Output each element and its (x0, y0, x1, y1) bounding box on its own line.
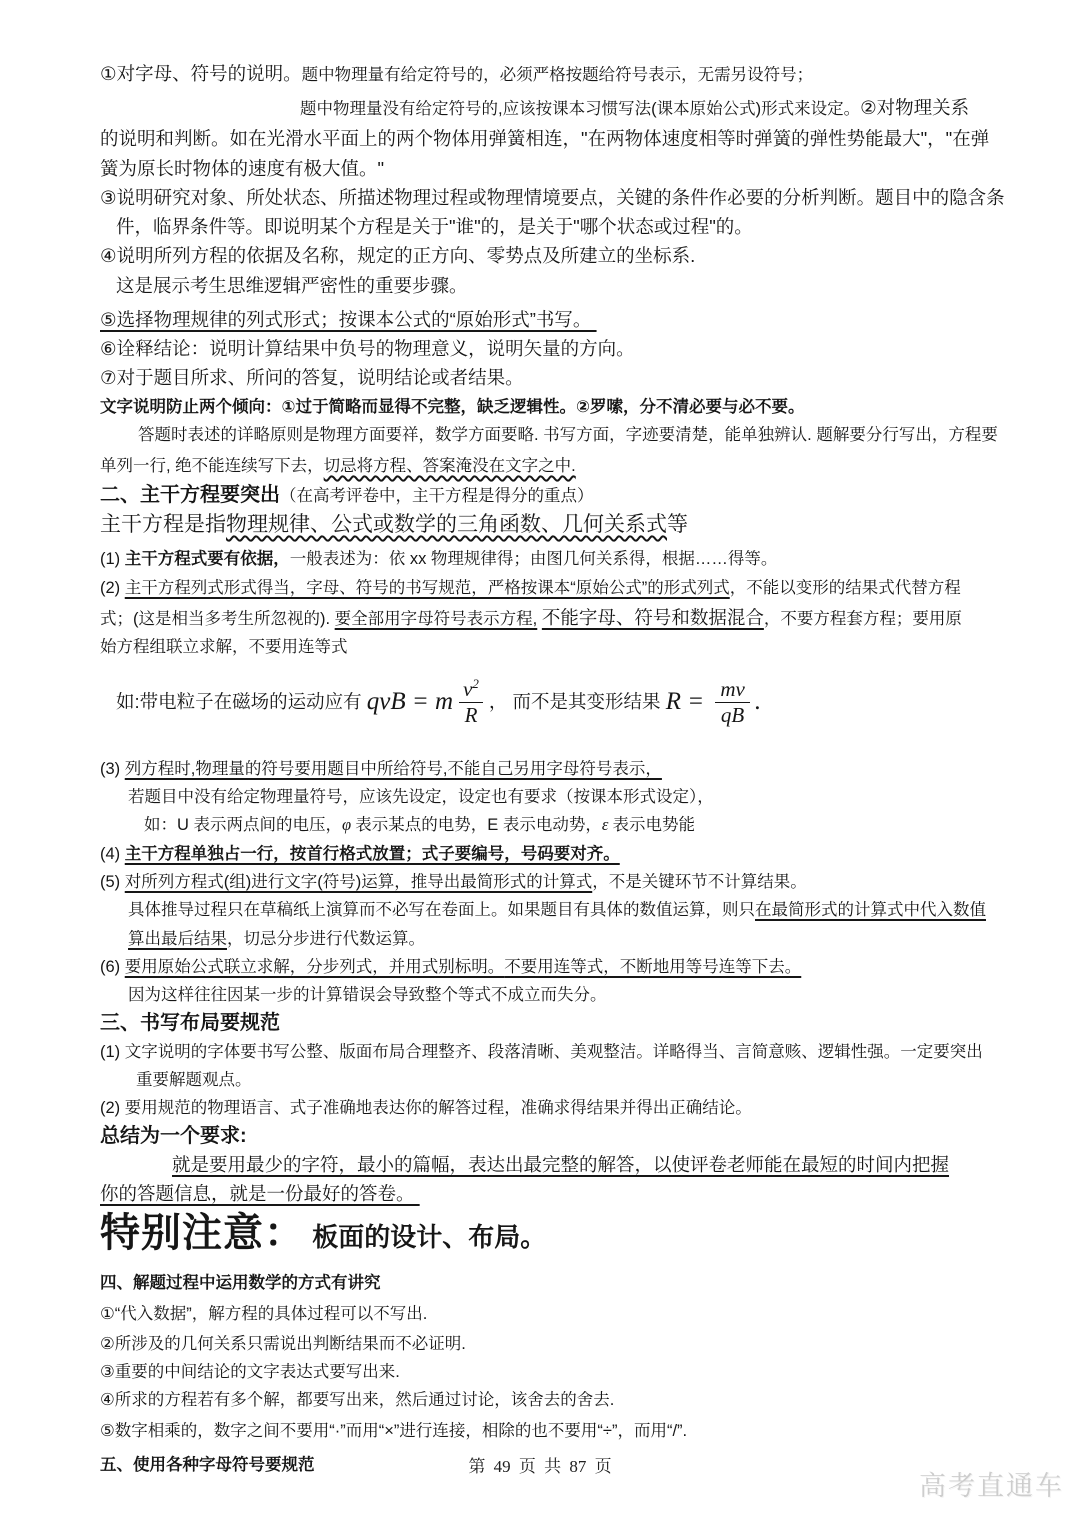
text-run: 一般表述为：依 xx 物理规律得；由图几何关系得，根据……得等。 (290, 550, 778, 568)
text-run: 单列一行, 绝不能连续写下去， (100, 457, 324, 475)
paragraph-line: ④说明所列方程的依据及名称，规定的正方向、零势点及所建立的坐标系. (100, 242, 1010, 271)
section-heading-4: 四、解题过程中运用数学的方式有讲究 (100, 1269, 1010, 1297)
text-run: (3) (100, 760, 125, 778)
text-run: R = (666, 688, 711, 716)
page-number: 第 49 页 共 87 页 (0, 1452, 1080, 1477)
text-run: (2) (100, 1099, 125, 1117)
paragraph-line: 主干方程是指物理规律、公式或数学的三角函数、几何关系式等 (100, 510, 1010, 540)
paragraph-line: ③说明研究对象、所处状态、所描述物理过程或物理情境要点，关键的条件作必要的分析判… (100, 184, 1010, 213)
document-page: ①对字母、符号的说明。题中物理量有给定符号的，必须严格按题给符号表示，无需另设符… (0, 0, 1080, 1527)
text-run: 要用规范的物理语言、式子准确地表达你的解答过程，准确求得结果并得出正确结论。 (125, 1099, 752, 1117)
text-run: 表示电势能 (613, 816, 696, 834)
text-run: (1) (100, 550, 125, 568)
text-run: 重要解题观点。 (136, 1071, 252, 1089)
paragraph-line: ⑦对于题目所求、所问的答复，说明结论或者结果。 (100, 364, 1010, 393)
document-body: ①对字母、符号的说明。题中物理量有给定符号的，必须严格按题给符号表示，无需另设符… (100, 55, 1010, 1479)
paragraph-line: ④所求的方程若有多个解，都要写出来，然后通过讨论，该舍去的舍去. (100, 1386, 1010, 1414)
text-run: φ (342, 815, 355, 834)
paragraph-line: 就是要用最少的字符，最小的篇幅，表达出最完整的解答，以使评卷老师能在最短的时间内… (100, 1151, 1010, 1180)
text-run: 特别注意： (100, 1211, 305, 1255)
fraction-numerator: v2 (457, 677, 485, 701)
text-run: qvB = m (367, 688, 453, 716)
paragraph-line: 这是展示考生思维逻辑严密性的重要步骤。 (100, 272, 1010, 301)
text-run: 算出最后结果 (128, 930, 227, 948)
text-run: 若题目中没有给定物理量符号，应该先设定，设定也有要求（按课本形式设定）， (128, 788, 714, 806)
text-run: （在高考评卷中，主干方程是得分的重点） (280, 487, 594, 505)
paragraph-line: (1) 主干方程式要有依据，一般表述为：依 xx 物理规律得；由图几何关系得，根… (100, 545, 1010, 573)
paragraph-line: ③重要的中间结论的文字表达式要写出来. (100, 1358, 1010, 1386)
text-run: 文字说明防止两个倾向：①过于简略而显得不完整，缺乏逻辑性。②罗嗦，分不清必要与必… (100, 398, 804, 416)
text-run: 答题时表述的详略原则是物理方面要祥，数学方面要略. 书写方面，字迹要清楚，能单独… (138, 426, 998, 444)
text-run: 题中物理量没有给定符号的,应该按课本习惯写法(课本原始公式)形式来设定。 (300, 100, 860, 118)
fraction: v2R (457, 677, 485, 726)
text-run: 表示某点的电势，E 表示电动势， (355, 816, 602, 834)
text-run: ④所求的方程若有多个解，都要写出来，然后通过讨论，该舍去的舍去. (100, 1391, 614, 1409)
text-run: ， 而不是其变形结果 (489, 688, 666, 716)
text-run: 你的答题信息，就是一份最好的答卷。 (100, 1183, 420, 1204)
fraction: mvqB (714, 677, 751, 726)
paragraph-line: ②所涉及的几何关系只需说出判断结果而不必证明. (100, 1330, 1010, 1358)
text-run: ⑤数字相乘的，数字之间不要用“·”而用“×”进行连接，相除的也不要用“÷”，而用… (100, 1422, 687, 1440)
paragraph-line: ①“代入数据”，解方程的具体过程可以不写出. (100, 1300, 1010, 1328)
paragraph-line: 簧为原长时物体的速度有极大值。" (100, 155, 1010, 184)
text-run: (6) (100, 958, 125, 976)
text-run: 在最简形式的计算式中代入数值 (755, 901, 986, 919)
paragraph-line: 算出最后结果，切忌分步进行代数运算。 (100, 925, 1010, 953)
paragraph-line: 式；(这是相当多考生所忽视的). 要全部用字母符号表示方程, 不能字母、符号和数… (100, 604, 1010, 633)
section-heading-2: 二、主干方程要突出（在高考评卷中，主干方程是得分的重点） (100, 481, 1010, 510)
paragraph-line: 始方程组联立求解，不要用连等式 (100, 633, 1010, 661)
paragraph-line: 具体推导过程只在草稿纸上演算而不必写在卷面上。如果题目有具体的数值运算，则只在最… (100, 896, 1010, 924)
text-run: 簧为原长时物体的速度有极大值。" (100, 158, 384, 179)
text-run: 文字说明的字体要书写公整、版面布局合理整齐、段落清晰、美观整洁。详略得当、言简意… (125, 1043, 983, 1061)
text-run: 主干方程式要有依据， (125, 550, 290, 568)
text-run: 件，临界条件等。即说明某个方程是关于"谁"的，是关于"哪个状态或过程"的。 (116, 216, 753, 237)
paragraph-line: ⑥诠释结论：说明计算结果中负号的物理意义，说明矢量的方向。 (100, 335, 1010, 364)
text-run: (4) (100, 845, 125, 863)
text-run: 主干方程列式形式得当，字母、符号的书写规范，严格按课本“原始公式”的形式列式 (125, 579, 730, 597)
paragraph-line: 如：U 表示两点间的电压，φ 表示某点的电势，E 表示电动势，ε 表示电势能 (100, 811, 1010, 839)
text-run: 要全部用字母符号表示方程, (335, 610, 538, 628)
paragraph-line: (4) 主干方程单独占一行，按首行格式放置；式子要编号，号码要对齐。 (100, 840, 1010, 868)
text-run: 不能字母、符号和数据混合 (542, 607, 764, 628)
text-run: 始方程组联立求解，不要用连等式 (100, 638, 348, 656)
text-run: 四、解题过程中运用数学的方式有讲究 (100, 1274, 381, 1292)
text-run: 具体推导过程只在草稿纸上演算而不必写在卷面上。如果题目有具体的数值运算，则只 (128, 901, 755, 919)
paragraph-line: (5) 对所列方程式(组)进行文字(符号)运算，推导出最简形式的计算式，不是关键… (100, 868, 1010, 896)
text-run: 就是要用最少的字符，最小的篇幅，表达出最完整的解答，以使评卷老师能在最短的时间内… (172, 1154, 949, 1175)
paragraph-line: (2) 主干方程列式形式得当，字母、符号的书写规范，严格按课本“原始公式”的形式… (100, 574, 1010, 602)
paragraph-line: 单列一行, 绝不能连续写下去，切忌将方程、答案淹没在文字之中. (100, 452, 1010, 480)
special-notice: 特别注意： 板面的设计、布局。 (100, 1209, 1010, 1257)
summary-heading: 总结为一个要求: (100, 1122, 1010, 1151)
text-run: 因为这样往往因某一步的计算错误会导致整个等式不成立而失分。 (128, 986, 607, 1004)
text-run: 如:带电粒子在磁场的运动应有 (116, 688, 367, 716)
text-run: (1) (100, 1043, 125, 1061)
paragraph-line: 你的答题信息，就是一份最好的答卷。 (100, 1180, 1010, 1209)
paragraph-line: ⑤数字相乘的，数字之间不要用“·”而用“×”进行连接，相除的也不要用“÷”，而用… (100, 1417, 1010, 1445)
text-run: 式；(这是相当多考生所忽视的). (100, 610, 335, 628)
text-run: ε (602, 815, 613, 834)
text-run: 物理规律、公式或数学的三角函数、几何关系式 (226, 513, 667, 536)
exponent: 2 (472, 676, 479, 691)
text-run: ，不是关键环节不计算结果。 (592, 873, 807, 891)
fraction-denominator: qB (715, 702, 750, 727)
text-run: 题中物理量有给定符号的，必须严格按题给符号表示，无需另设符号； (302, 66, 814, 84)
text-run: ③说明研究对象、所处状态、所描述物理过程或物理情境要点，关键的条件作必要的分析判… (100, 187, 1005, 208)
fraction-numerator: mv (714, 677, 751, 701)
text-run: 总结为一个要求: (100, 1125, 247, 1147)
paragraph-line: 若题目中没有给定物理量符号，应该先设定，设定也有要求（按课本形式设定）， (100, 783, 1010, 811)
paragraph-line: 件，临界条件等。即说明某个方程是关于"谁"的，是关于"哪个状态或过程"的。 (100, 213, 1010, 242)
text-run: (5) (100, 873, 125, 891)
text-run: ②对物理关系 (860, 97, 969, 118)
text-run: ，不能以变形的结果式代替方程 (730, 579, 961, 597)
text-run: 等 (667, 513, 688, 536)
text-run: 列方程时,物理量的符号要用题目中所给符号,不能自己另用字母符号表示， (125, 760, 662, 778)
text-run: 如：U 表示两点间的电压， (144, 816, 342, 834)
text-run: 要用原始公式联立求解，分步列式，并用式别标明。 (125, 958, 505, 976)
text-run: ⑦对于题目所求、所问的答复，说明结论或者结果。 (100, 367, 524, 388)
text-run: ①对字母、符号的说明。 (100, 63, 302, 84)
text-run: 的说明和判断。如在光滑水平面上的两个物体用弹簧相连，"在两物体速度相等时弹簧的弹… (100, 128, 989, 149)
text-run: ，不要方程套方程；要用原 (764, 610, 962, 628)
paragraph-line: 因为这样往往因某一步的计算错误会导致整个等式不成立而失分。 (100, 981, 1010, 1009)
text-run: ①“代入数据”，解方程的具体过程可以不写出. (100, 1305, 427, 1323)
paragraph-line: 文字说明防止两个倾向：①过于简略而显得不完整，缺乏逻辑性。②罗嗦，分不清必要与必… (100, 393, 1010, 421)
paragraph-line: (3) 列方程时,物理量的符号要用题目中所给符号,不能自己另用字母符号表示， (100, 755, 1010, 783)
text-run: ，切忌分步进行代数运算。 (227, 930, 425, 948)
paragraph-line: 重要解题观点。 (100, 1066, 1010, 1094)
formula-line: 如:带电粒子在磁场的运动应有 qvB = mv2R， 而不是其变形结果 R = … (100, 673, 1010, 731)
paragraph-line: ⑤选择物理规律的列式形式；按课本公式的“原始形式”书写。 (100, 306, 1010, 335)
text-run: ②所涉及的几何关系只需说出判断结果而不必证明. (100, 1335, 466, 1353)
text-run: (2) (100, 579, 125, 597)
text-run: 板面的设计、布局。 (305, 1222, 546, 1252)
text-run: ⑥诠释结论：说明计算结果中负号的物理意义，说明矢量的方向。 (100, 338, 635, 359)
text-run: 这是展示考生思维逻辑严密性的重要步骤。 (116, 275, 468, 296)
text-run: 不要用连等式，不断地用等号连等下去。 (504, 958, 801, 976)
text-run: 对所列方程式(组)进行文字(符号)运算，推导出最简形式的计算式 (125, 873, 592, 891)
text-run: ④说明所列方程的依据及名称，规定的正方向、零势点及所建立的坐标系. (100, 245, 695, 266)
paragraph-line: 的说明和判断。如在光滑水平面上的两个物体用弹簧相连，"在两物体速度相等时弹簧的弹… (100, 125, 1010, 154)
text-run: 主干方程是指 (100, 513, 226, 536)
text-run: . (755, 688, 761, 716)
text-run: 三、书写布局要规范 (100, 1012, 280, 1034)
fraction-denominator: R (459, 702, 484, 727)
paragraph-line: 题中物理量没有给定符号的,应该按课本习惯写法(课本原始公式)形式来设定。②对物理… (100, 94, 1010, 123)
text-run: 切忌将方程、答案淹没在文字之中. (324, 457, 576, 475)
watermark: 高考直通车 (919, 1464, 1064, 1503)
section-heading-3: 三、书写布局要规范 (100, 1009, 1010, 1038)
paragraph-line: 答题时表述的详略原则是物理方面要祥，数学方面要略. 书写方面，字迹要清楚，能单独… (100, 421, 1010, 449)
paragraph-line: ①对字母、符号的说明。题中物理量有给定符号的，必须严格按题给符号表示，无需另设符… (100, 60, 1010, 89)
paragraph-line: (2) 要用规范的物理语言、式子准确地表达你的解答过程，准确求得结果并得出正确结… (100, 1094, 1010, 1122)
text-run: ⑤选择物理规律的列式形式；按课本公式的“原始形式”书写。 (100, 309, 597, 330)
paragraph-line: (6) 要用原始公式联立求解，分步列式，并用式别标明。不要用连等式，不断地用等号… (100, 953, 1010, 981)
text-run: ③重要的中间结论的文字表达式要写出来. (100, 1363, 400, 1381)
paragraph-line: (1) 文字说明的字体要书写公整、版面布局合理整齐、段落清晰、美观整洁。详略得当… (100, 1038, 1010, 1066)
text-run: 主干方程单独占一行，按首行格式放置；式子要编号，号码要对齐。 (125, 845, 620, 863)
text-run: 二、主干方程要突出 (100, 484, 280, 506)
